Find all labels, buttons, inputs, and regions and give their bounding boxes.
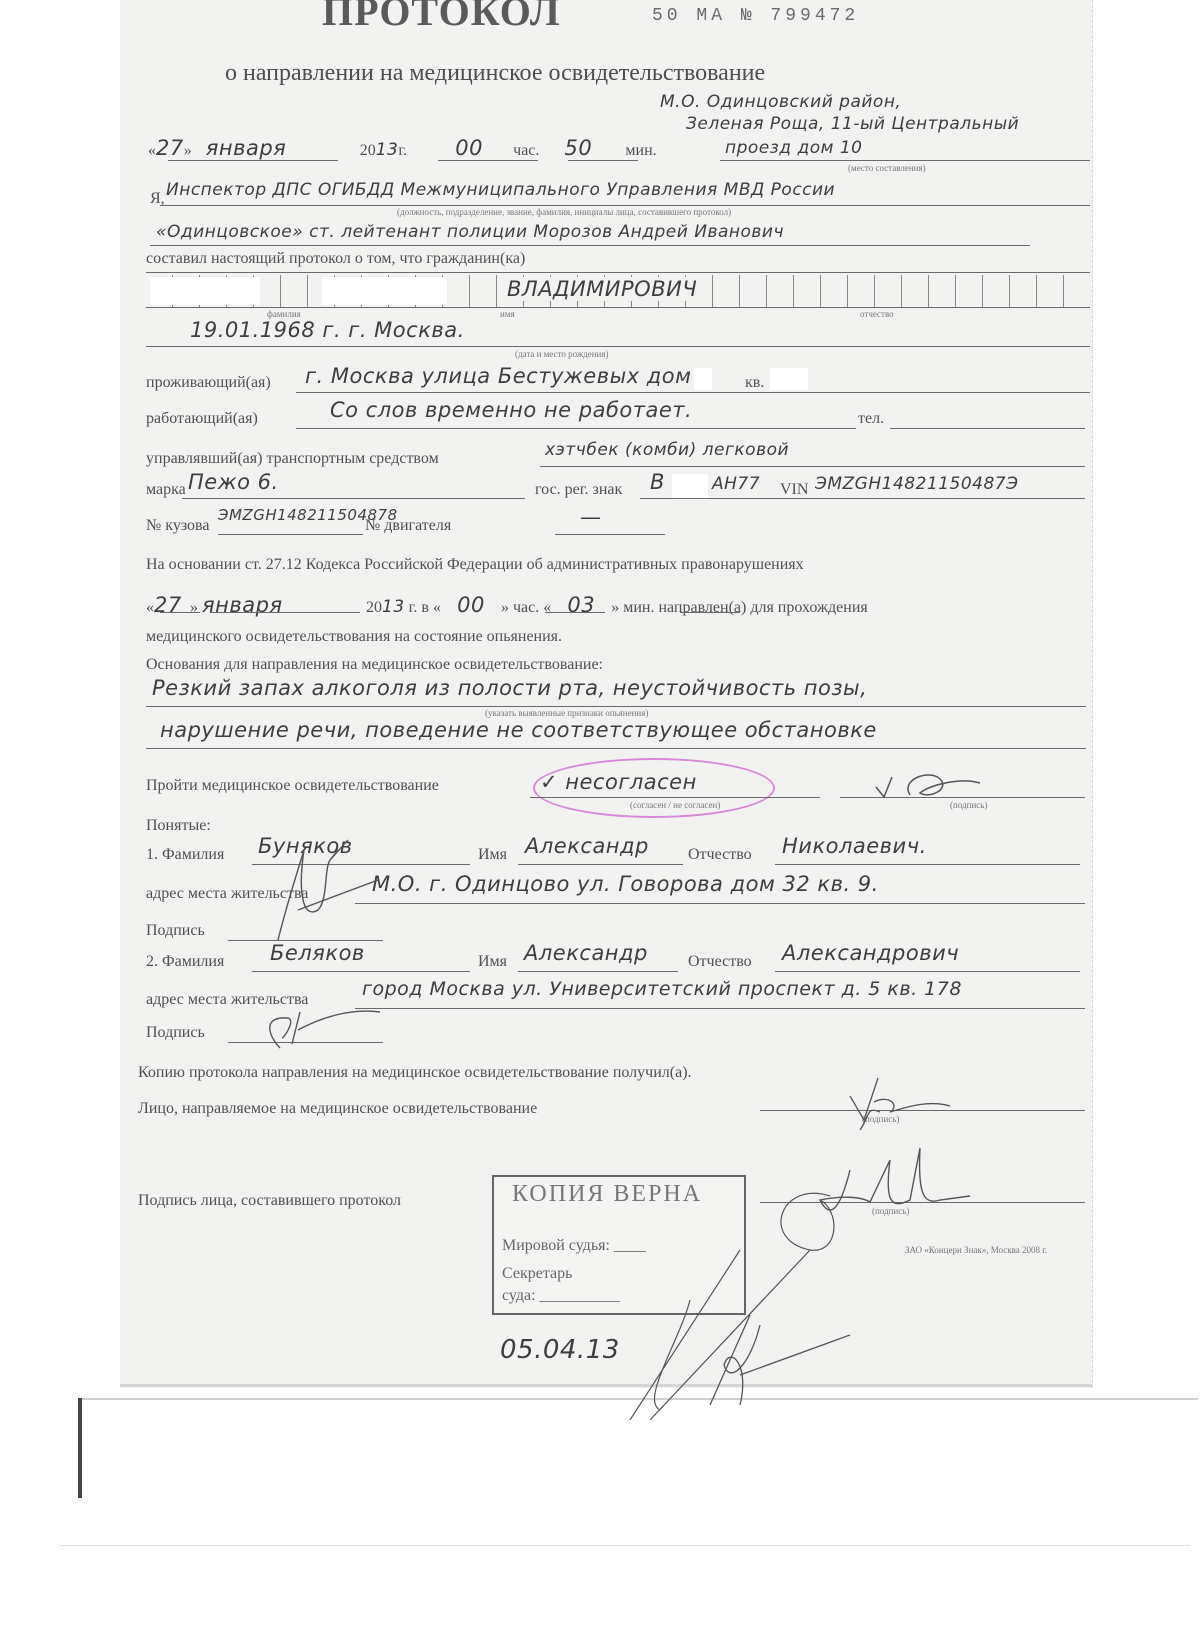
place-caption: (место составления) xyxy=(848,163,926,173)
witness-2-name: Александр xyxy=(524,941,648,965)
witness-1-row: 1. Фамилия xyxy=(146,846,224,864)
birth-caption: (дата и место рождения) xyxy=(515,349,609,359)
compiled-minute: 50 xyxy=(543,136,613,160)
person-signature-consent xyxy=(870,765,1000,805)
compiled-year: 13 xyxy=(376,140,399,160)
person-birth: 19.01.1968 г. г. Москва. xyxy=(190,318,465,342)
person-work: Со слов временно не работает. xyxy=(330,398,692,422)
grounds-line-2: нарушение речи, поведение не соответству… xyxy=(160,718,877,742)
consent-label: Пройти медицинское освидетельствование xyxy=(146,777,439,795)
vehicle-plate-suffix: АН77 xyxy=(712,474,760,494)
vehicle-make: Пежо 6. xyxy=(188,470,279,494)
certification-signature xyxy=(690,1305,860,1415)
page-fold-edge xyxy=(78,1398,82,1498)
witness-1-name: Александр xyxy=(525,834,649,858)
compiled-day: 27 xyxy=(156,136,184,160)
officer-caption: (должность, подразделение, звание, фамил… xyxy=(397,207,731,217)
basis-month: января xyxy=(202,593,362,617)
witness-2-address: город Москва ул. Университетский проспек… xyxy=(362,978,962,1000)
bottom-divider xyxy=(60,1545,1190,1546)
basis-hour: 00 xyxy=(441,593,501,617)
place-line-3: проезд дом 10 xyxy=(725,138,862,158)
copy-person-label: Лицо, направляемое на медицинское освиде… xyxy=(138,1100,537,1118)
compiled-month: января xyxy=(206,136,356,160)
copy-received-text: Копию протокола направления на медицинск… xyxy=(138,1064,692,1082)
compiled-hour: 00 xyxy=(429,136,509,160)
vehicle-engine-number: — xyxy=(580,505,602,529)
place-line-1: М.О. Одинцовский район, xyxy=(660,92,901,112)
witness-2-row: 2. Фамилия xyxy=(146,953,224,971)
witness-1-address: М.О. г. Одинцово ул. Говорова дом 32 кв.… xyxy=(372,872,879,896)
document-title: ПРОТОКОЛ xyxy=(322,0,561,35)
certification-date: 05.04.13 xyxy=(500,1335,620,1365)
person-signature-copy xyxy=(830,1076,960,1136)
witness-2-patronymic: Александрович xyxy=(782,941,959,965)
compiler-signature-label: Подпись лица, составившего протокол xyxy=(138,1192,401,1210)
place-line-2: Зеленая Роща, 11-ый Центральный xyxy=(686,114,1019,134)
officer-line-1: Инспектор ДПС ОГИБДД Межмуниципального У… xyxy=(166,180,835,200)
witness-1-signature xyxy=(268,830,388,950)
witness-1-patronymic: Николаевич. xyxy=(782,834,927,858)
redacted-name xyxy=(322,277,447,305)
person-intro: составил настоящий протокол о том, что г… xyxy=(146,250,525,268)
person-residence: г. Москва улица Бестужевых дом xyxy=(305,364,691,388)
officer-line-2: «Одинцовское» ст. лейтенант полиции Моро… xyxy=(156,222,784,242)
redacted-plate xyxy=(672,474,708,500)
compiled-date-row: «27» января 2013г. 00 час. 50 мин. xyxy=(148,136,657,160)
basis-text: На основании ст. 27.12 Кодекса Российско… xyxy=(146,556,804,574)
vehicle-plate-prefix: В xyxy=(650,470,665,494)
grounds-line-1: Резкий запах алкоголя из полости рта, не… xyxy=(152,676,867,700)
document-subtitle: о направлении на медицинское освидетельс… xyxy=(225,60,765,87)
basis-minute: 03 xyxy=(551,593,611,617)
serial-number: 50 МА № 799472 xyxy=(652,6,859,26)
grounds-label: Основания для направления на медицинское… xyxy=(146,656,603,674)
witnesses-label: Понятые: xyxy=(146,817,211,835)
grounds-caption: (указать выявленные признаки опьянения) xyxy=(485,708,648,718)
basis-line-3: медицинского освидетельствования на сост… xyxy=(146,628,562,646)
consent-value: ✓ несогласен xyxy=(540,770,697,794)
witness-2-surname: Беляков xyxy=(270,941,365,965)
basis-date-row: «27» января 2013 г. в «00» час. «03» мин… xyxy=(146,593,868,617)
redacted-surname xyxy=(150,277,260,305)
person-patronymic: ВЛАДИМИРОВИЧ xyxy=(503,277,701,301)
vehicle-type: хэтчбек (комби) легковой xyxy=(545,440,789,460)
vehicle-vin: ЭМZGН14821150487Э xyxy=(815,474,1019,494)
witness-2-signature xyxy=(240,1008,390,1058)
